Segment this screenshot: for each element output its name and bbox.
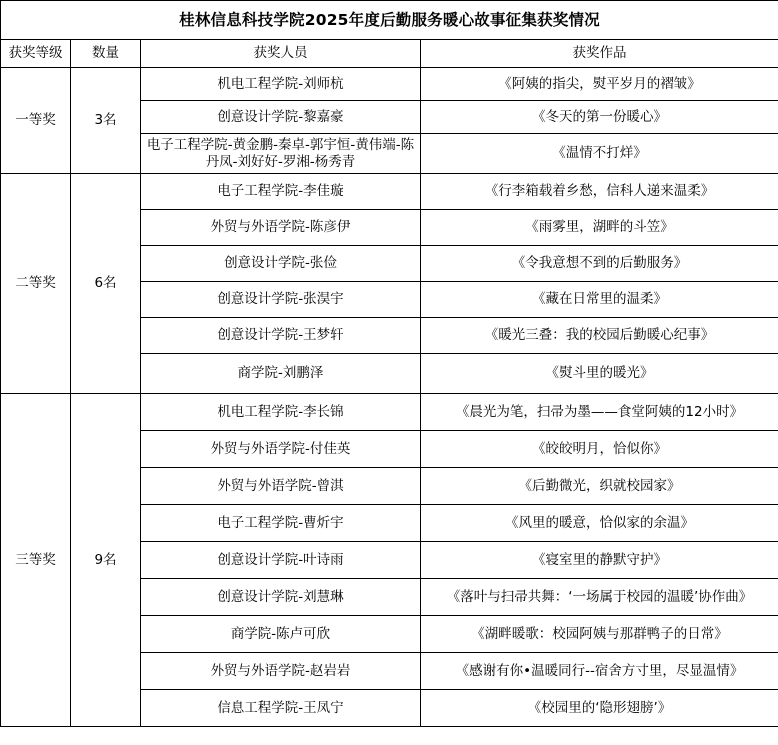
winner-cell: 电子工程学院-曹炘宇: [141, 505, 421, 542]
winner-cell: 外贸与外语学院-陈彦伊: [141, 210, 421, 246]
work-cell: 《后勤微光，织就校园家》: [421, 468, 778, 505]
header-winners: 获奖人员: [141, 40, 421, 68]
table-row: 一等奖 3名 机电工程学院-刘师杭 《阿姨的指尖，熨平岁月的褶皱》: [1, 68, 778, 101]
work-cell: 《温情不打烊》: [421, 134, 778, 174]
work-cell: 《晨光为笔，扫帚为墨——食堂阿姨的12小时》: [421, 394, 778, 431]
header-works: 获奖作品: [421, 40, 778, 68]
work-cell: 《校园里的‘隐形翅膀’》: [421, 690, 778, 727]
winner-cell: 创意设计学院-黎嘉豪: [141, 101, 421, 134]
count-cell-third: 9名: [71, 394, 141, 727]
work-cell: 《藏在日常里的温柔》: [421, 282, 778, 318]
grade-cell-first: 一等奖: [1, 68, 71, 174]
work-cell: 《寝室里的静默守护》: [421, 542, 778, 579]
count-cell-second: 6名: [71, 174, 141, 394]
winner-cell: 创意设计学院-叶诗雨: [141, 542, 421, 579]
winner-cell: 创意设计学院-张俭: [141, 246, 421, 282]
header-grade: 获奖等级: [1, 40, 71, 68]
grade-cell-third: 三等奖: [1, 394, 71, 727]
award-table: 桂林信息科技学院2025年度后勤服务暖心故事征集获奖情况 获奖等级 数量 获奖人…: [0, 0, 778, 727]
header-row: 获奖等级 数量 获奖人员 获奖作品: [1, 40, 778, 68]
work-cell: 《阿姨的指尖，熨平岁月的褶皱》: [421, 68, 778, 101]
winner-cell: 创意设计学院-刘慧琳: [141, 579, 421, 616]
title-row: 桂林信息科技学院2025年度后勤服务暖心故事征集获奖情况: [1, 1, 778, 40]
winner-cell: 机电工程学院-刘师杭: [141, 68, 421, 101]
work-cell: 《行李箱载着乡愁，信科人递来温柔》: [421, 174, 778, 210]
work-cell: 《熨斗里的暖光》: [421, 354, 778, 394]
work-cell: 《暖光三叠：我的校园后勤暖心纪事》: [421, 318, 778, 354]
count-cell-first: 3名: [71, 68, 141, 174]
winner-cell: 创意设计学院-张淏宇: [141, 282, 421, 318]
winner-cell: 创意设计学院-王梦轩: [141, 318, 421, 354]
work-cell: 《落叶与扫帚共舞：‘一场属于校园的温暖’协作曲》: [421, 579, 778, 616]
work-cell: 《令我意想不到的后勤服务》: [421, 246, 778, 282]
table-title: 桂林信息科技学院2025年度后勤服务暖心故事征集获奖情况: [1, 1, 778, 40]
winner-cell: 电子工程学院-黄金鹏-秦卓-郭宇恒-黄伟端-陈丹凤-刘好好-罗湘-杨秀青: [141, 134, 421, 174]
work-cell: 《湖畔暖歌：校园阿姨与那群鸭子的日常》: [421, 616, 778, 653]
winner-cell: 外贸与外语学院-赵岩岩: [141, 653, 421, 690]
winner-cell: 机电工程学院-李长锦: [141, 394, 421, 431]
grade-cell-second: 二等奖: [1, 174, 71, 394]
table-row: 二等奖 6名 电子工程学院-李佳璇 《行李箱载着乡愁，信科人递来温柔》: [1, 174, 778, 210]
winner-cell: 外贸与外语学院-付佳英: [141, 431, 421, 468]
winner-cell: 电子工程学院-李佳璇: [141, 174, 421, 210]
winner-cell: 外贸与外语学院-曾淇: [141, 468, 421, 505]
winner-cell: 商学院-刘鹏泽: [141, 354, 421, 394]
header-count: 数量: [71, 40, 141, 68]
work-cell: 《风里的暖意，恰似家的余温》: [421, 505, 778, 542]
work-cell: 《皎皎明月，恰似你》: [421, 431, 778, 468]
work-cell: 《冬天的第一份暖心》: [421, 101, 778, 134]
work-cell: 《感谢有你•温暖同行--宿舍方寸里，尽显温情》: [421, 653, 778, 690]
winner-cell: 信息工程学院-王凤宁: [141, 690, 421, 727]
work-cell: 《雨雾里，湖畔的斗笠》: [421, 210, 778, 246]
table-row: 三等奖 9名 机电工程学院-李长锦 《晨光为笔，扫帚为墨——食堂阿姨的12小时》: [1, 394, 778, 431]
winner-cell: 商学院-陈卢可欣: [141, 616, 421, 653]
